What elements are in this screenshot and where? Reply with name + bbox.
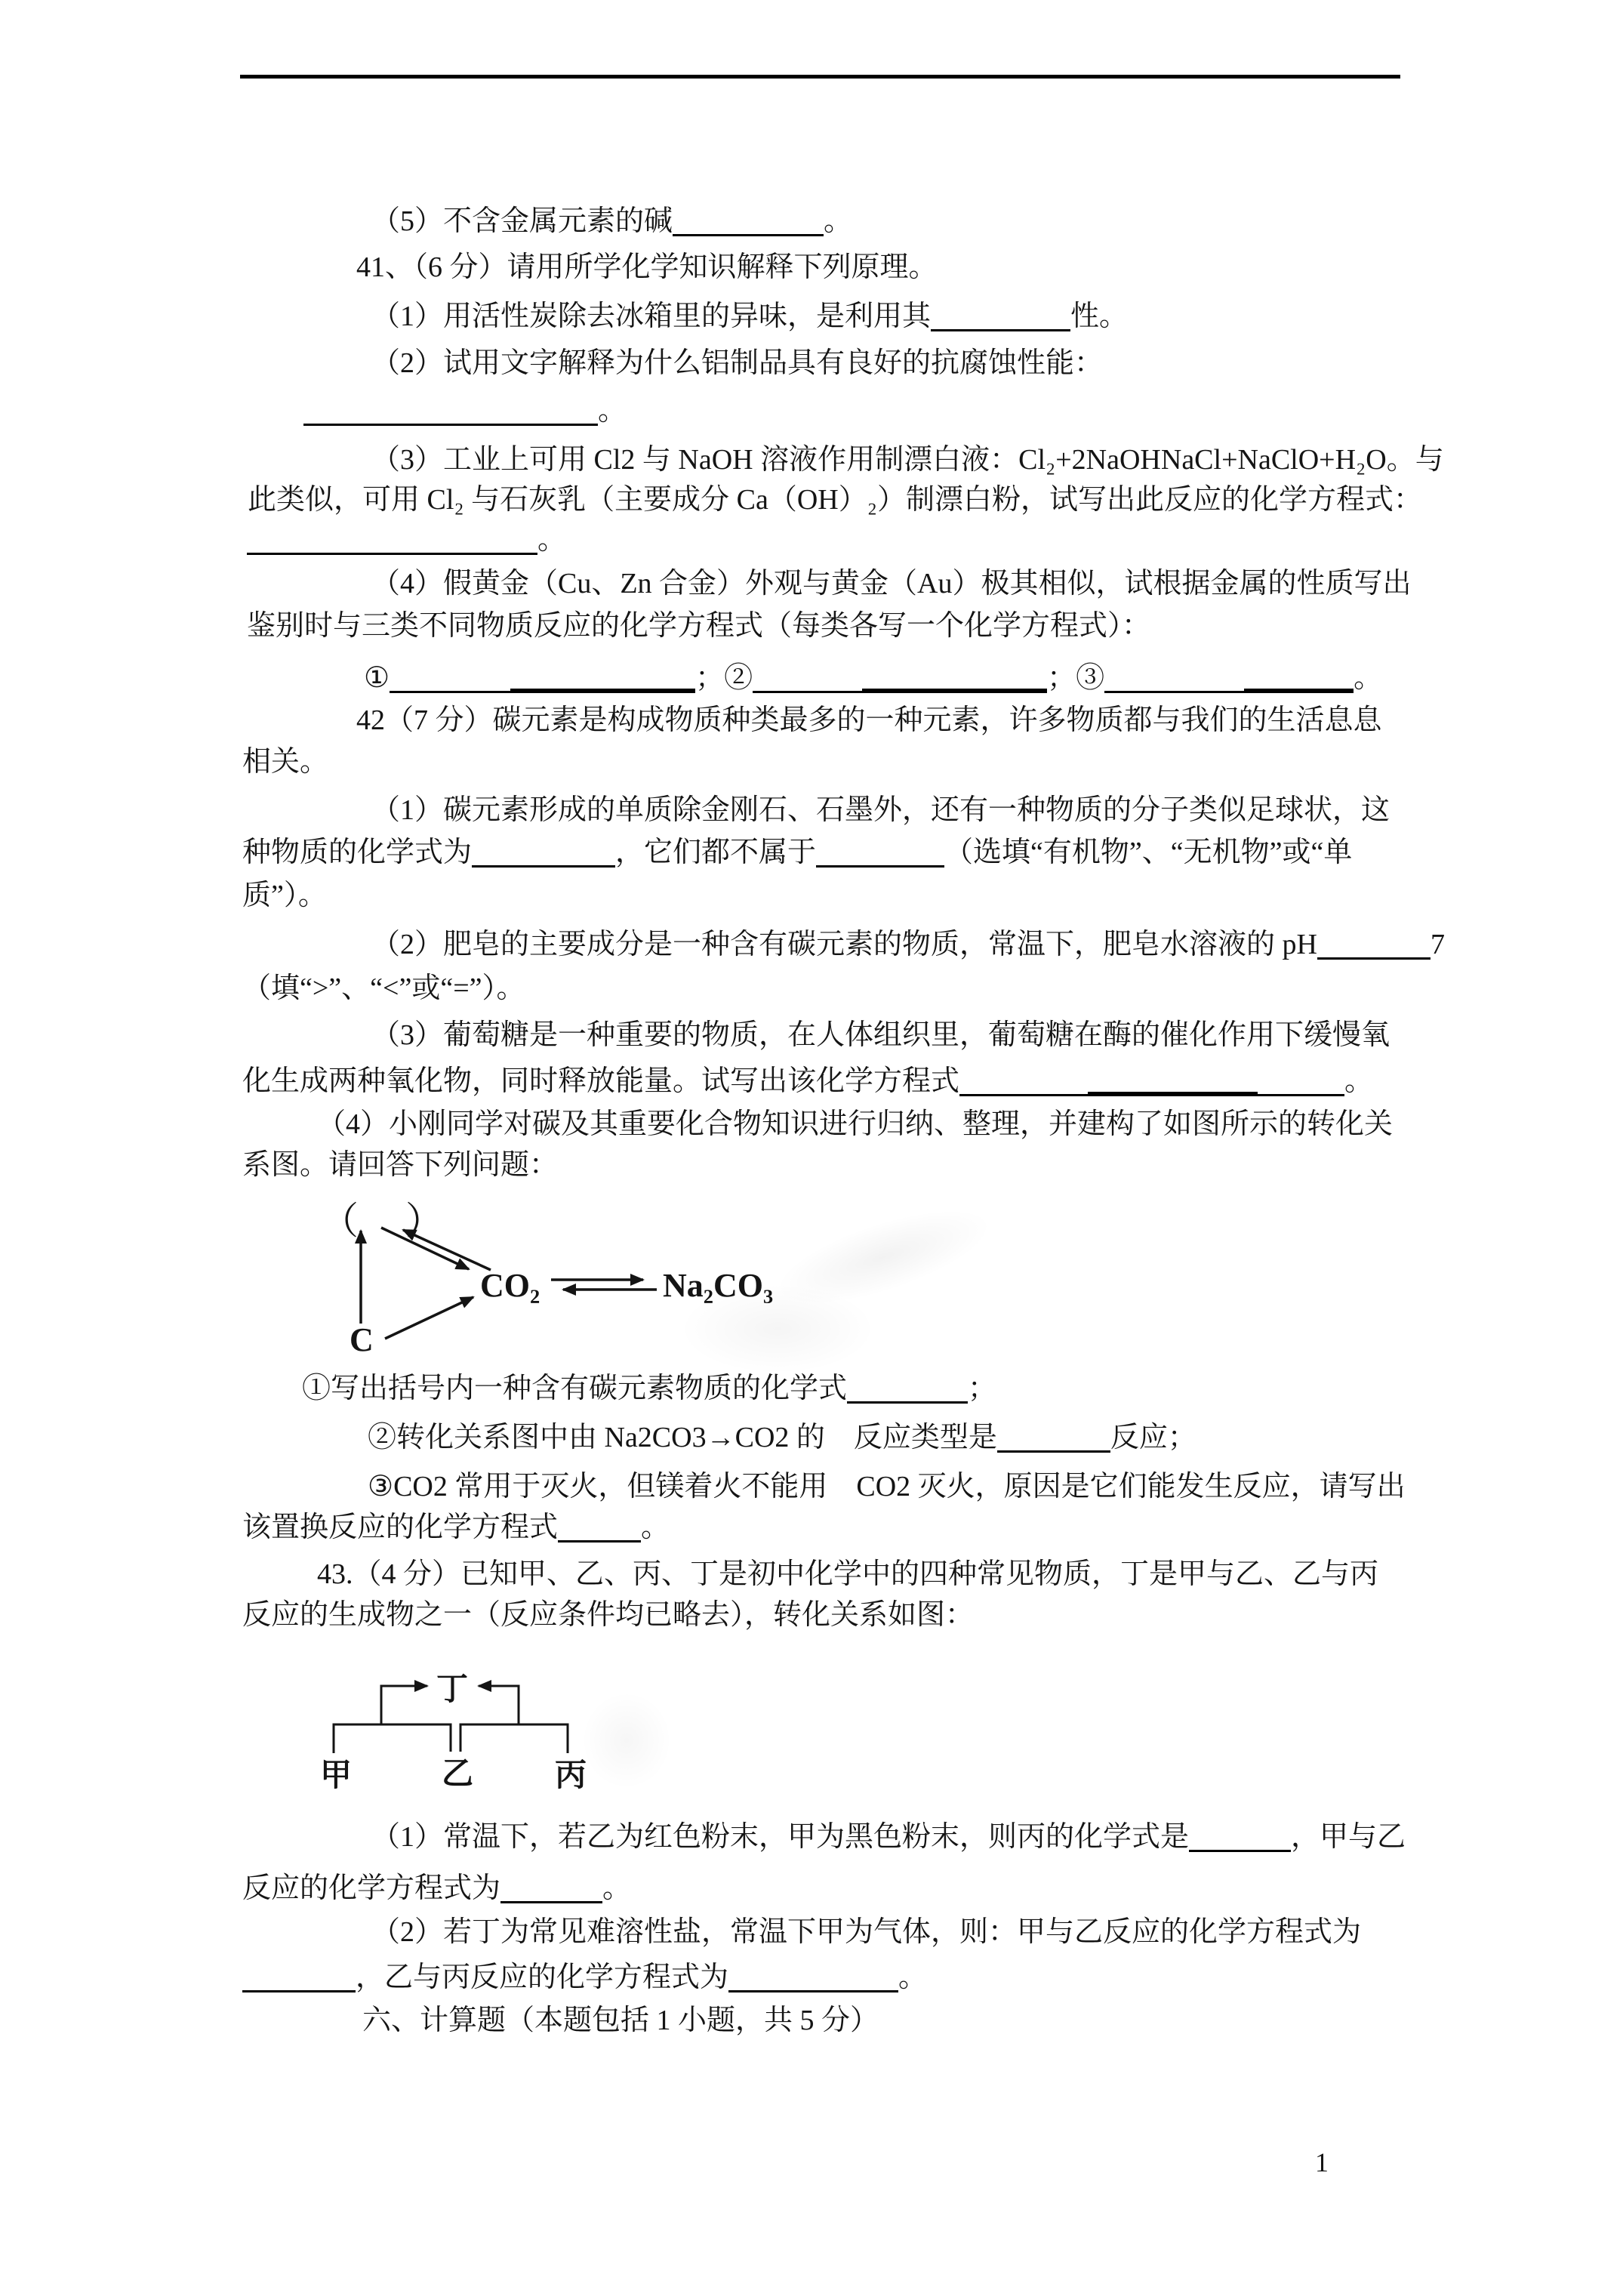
text-run: ①写出括号内一种含有碳元素物质的化学式 [302,1373,847,1404]
text-run: （2）若丁为常见难溶性盐，常温下甲为气体，则：甲与乙反应的化学方程式为 [371,1916,1361,1948]
text-line-q42-item4-sub3-a: ③CO2 常用于灭火，但镁着火不能用 CO2 灭火，原因是它们能发生反应，请写出 [368,1471,1406,1502]
arrow-left-to-ding [381,1686,427,1724]
text-run: ，乙与丙反应的化学方程式为 [356,1962,728,1993]
blank-field [1189,1821,1291,1852]
text-run: 此类似，可用 Cl₂ 与石灰乳（主要成分 Ca（OH）₂）制漂白粉，试写出此反应… [248,484,1422,516]
text-run: 。 [602,1872,631,1904]
text-run: 。 [824,205,852,237]
text-line-q43-stem-a: 43.（4 分）已知甲、乙、丙、丁是初中化学中的四种常见物质，丁是甲与乙、乙与丙 [317,1558,1378,1590]
text-line-q42-item3-b: 化生成两种氧化物，同时释放能量。试写出该化学方程式。 [242,1063,1373,1097]
text-run: ； [968,1373,996,1404]
text-line-q42-item3-a: （3）葡萄糖是一种重要的物质，在人体组织里，葡萄糖在酶的催化作用下缓慢氧 [371,1019,1390,1051]
carbon-node-label: C [350,1321,374,1359]
text-run: （4）假黄金（Cu、Zn 合金）外观与黄金（Au）极其相似，试根据金属的性质写出 [371,568,1412,599]
text-run: 。 [641,1512,670,1543]
text-run: （选填“有机物”、“无机物”或“单 [944,837,1352,868]
blank-field [931,300,1070,331]
text-run: 41、（6 分）请用所学化学知识解释下列原理。 [356,251,938,283]
blank-field [862,660,1047,693]
text-line-section6-header: 六、计算题（本题包括 1 小题，共 5 分） [362,2005,879,2036]
text-run: （1）碳元素形成的单质除金刚石、石墨外，还有一种物质的分子类似足球状，这 [371,794,1390,826]
yi-node-label: 乙 [442,1749,473,1794]
text-line-q41-item3-b: 此类似，可用 Cl₂ 与石灰乳（主要成分 Ca（OH）₂）制漂白粉，试写出此反应… [248,484,1422,516]
text-line-q41-stem: 41、（6 分）请用所学化学知识解释下列原理。 [356,251,938,283]
co2-node-label: CO₂ [480,1266,540,1305]
text-run: 该置换反应的化学方程式 [242,1512,558,1543]
ding-node-label: 丁 [436,1664,468,1709]
text-run: ；③ [1047,662,1104,694]
text-run: 性。 [1070,300,1128,332]
text-line-q43-stem-b: 反应的生成物之一（反应条件均已略去），转化关系如图： [242,1599,974,1631]
document-page: （5）不含金属元素的碱。41、（6 分）请用所学化学知识解释下列原理。（1）用活… [0,0,1623,2296]
page-number: 1 [1315,2147,1329,2178]
blank-field [1317,929,1431,960]
blank-field [558,1512,641,1542]
text-run: 系图。请回答下列问题： [242,1149,558,1181]
text-run: ；② [695,662,753,694]
text-line-q41-item1: （1）用活性炭除去冰箱里的异味，是利用其性。 [371,300,1128,332]
text-run: 。 [598,395,627,427]
text-line-q42-stem-a: 42（7 分）碳元素是构成物质种类最多的一种元素，许多物质都与我们的生活息息 [356,704,1382,736]
text-line-q41-item4-a: （4）假黄金（Cu、Zn 合金）外观与黄金（Au）极其相似，试根据金属的性质写出 [371,568,1412,599]
text-run: 42（7 分）碳元素是构成物质种类最多的一种元素，许多物质都与我们的生活息息 [356,704,1382,736]
text-run: （3）工业上可用 Cl2 与 NaOH 溶液作用制漂白液：Cl₂+2NaOHNa… [371,444,1444,476]
blank-field [1244,660,1354,693]
text-run: 7 [1431,929,1445,960]
carbon-conversion-diagram: （ ） C CO₂ Na₂CO₃ [302,1189,845,1370]
text-line-q40-item5: （5）不含金属元素的碱。 [371,205,852,237]
text-run: ，甲与乙 [1291,1821,1406,1853]
text-run: 六、计算题（本题包括 1 小题，共 5 分） [362,2005,879,2036]
paren-open-label: （ [321,1191,359,1245]
text-run: 化生成两种氧化物，同时释放能量。试写出该化学方程式 [242,1065,959,1097]
text-run: ，它们都不属于 [615,837,816,868]
text-line-q43-item2-a: （2）若丁为常见难溶性盐，常温下甲为气体，则：甲与乙反应的化学方程式为 [371,1916,1361,1948]
text-line-q42-item4-sub3-b: 该置换反应的化学方程式。 [242,1512,670,1543]
text-run: 种物质的化学式为 [242,837,472,868]
blank-field [816,837,944,868]
text-line-q41-item2-blank: 。 [303,395,627,427]
arrow-right-to-ding [479,1686,519,1724]
header-rule [240,75,1400,79]
text-line-q41-item3-blank: 。 [247,524,566,556]
blank-field [1258,1065,1344,1096]
blank-field [472,837,615,868]
text-run: 反应的生成物之一（反应条件均已略去），转化关系如图： [242,1599,974,1631]
text-run: （2）试用文字解释为什么铝制品具有良好的抗腐蚀性能： [371,347,1103,379]
text-run: 。 [1354,662,1382,694]
blank-field [247,524,537,555]
text-line-q43-item2-b: ，乙与丙反应的化学方程式为。 [242,1962,927,1993]
text-line-q43-item1-b: 反应的化学方程式为。 [242,1872,631,1904]
text-run: 质”）。 [242,880,327,911]
text-line-q41-item2: （2）试用文字解释为什么铝制品具有良好的抗腐蚀性能： [371,347,1103,379]
text-line-q41-item4-b: 鉴别时与三类不同物质反应的化学方程式（每类各写一个化学方程式）： [247,610,1150,642]
text-line-q42-item4-sub1: ①写出括号内一种含有碳元素物质的化学式； [302,1373,996,1404]
text-run: 鉴别时与三类不同物质反应的化学方程式（每类各写一个化学方程式）： [247,610,1150,642]
text-line-q41-item4-answers: ①；②；③。 [364,660,1382,694]
text-line-q42-item2-b: （填“>”、“<”或“=”）。 [242,972,525,1004]
na2co3-node-label: Na₂CO₃ [663,1266,773,1305]
blank-field [753,662,862,693]
blank-field [847,1373,968,1404]
text-run: （1）常温下，若乙为红色粉末，甲为黑色粉末，则丙的化学式是 [371,1821,1189,1853]
text-run: （5）不含金属元素的碱 [371,205,673,237]
text-line-q43-item1-a: （1）常温下，若乙为红色粉末，甲为黑色粉末，则丙的化学式是，甲与乙 [371,1821,1406,1853]
arrow-c-to-co2 [385,1297,473,1339]
text-run: （填“>”、“<”或“=”）。 [242,972,525,1004]
blank-field [959,1065,1088,1096]
text-line-q42-item4-b: 系图。请回答下列问题： [242,1149,558,1181]
bing-node-label: 丙 [555,1750,587,1795]
text-line-q42-item4-sub2: ②转化关系图中由 Na2CO3→CO2 的 反应类型是反应； [368,1422,1196,1453]
text-run: （4）小刚同学对碳及其重要化合物知识进行归纳、整理，并建构了如图所示的转化关 [317,1108,1393,1140]
text-run: 相关。 [242,746,328,778]
blank-field [500,1872,602,1903]
blank-field [728,1962,898,1992]
text-line-q42-stem-b: 相关。 [242,746,328,778]
jia-node-label: 甲 [320,1750,352,1795]
bracket-yi-bing [460,1724,568,1753]
substance-relation-diagram: 丁 甲 乙 丙 [317,1661,604,1793]
blank-field [1104,662,1244,693]
text-line-q42-item1-a: （1）碳元素形成的单质除金刚石、石墨外，还有一种物质的分子类似足球状，这 [371,794,1390,826]
text-run: ① [364,662,390,694]
blank-field [673,205,824,236]
paren-close-label: ） [405,1191,443,1245]
bracket-jia-yi [334,1724,451,1753]
blank-field [242,1962,356,1992]
text-line-q42-item4-a: （4）小刚同学对碳及其重要化合物知识进行归纳、整理，并建构了如图所示的转化关 [317,1108,1393,1140]
blank-field [1088,1063,1258,1096]
text-run: 。 [537,524,566,556]
blank-field [390,662,510,693]
text-line-q42-item1-c: 质”）。 [242,880,327,911]
text-line-q41-item3-a: （3）工业上可用 Cl2 与 NaOH 溶液作用制漂白液：Cl₂+2NaOHNa… [371,444,1444,476]
blank-field [510,660,695,693]
text-run: 43.（4 分）已知甲、乙、丙、丁是初中化学中的四种常见物质，丁是甲与乙、乙与丙 [317,1558,1378,1590]
text-run: 。 [1344,1065,1373,1097]
text-run: 。 [898,1962,927,1993]
text-run: 反应的化学方程式为 [242,1872,500,1904]
text-run: ②转化关系图中由 Na2CO3→CO2 的 反应类型是 [368,1422,997,1453]
text-run: （1）用活性炭除去冰箱里的异味，是利用其 [371,300,931,332]
text-run: （2）肥皂的主要成分是一种含有碳元素的物质，常温下，肥皂水溶液的 pH [371,929,1317,960]
text-run: （3）葡萄糖是一种重要的物质，在人体组织里，葡萄糖在酶的催化作用下缓慢氧 [371,1019,1390,1051]
text-run: 反应； [1110,1422,1196,1453]
text-line-q42-item2-a: （2）肥皂的主要成分是一种含有碳元素的物质，常温下，肥皂水溶液的 pH7 [371,929,1445,960]
blank-field [303,395,598,426]
text-run: ③CO2 常用于灭火，但镁着火不能用 CO2 灭火，原因是它们能发生反应，请写出 [368,1471,1406,1502]
blank-field [997,1422,1110,1453]
text-line-q42-item1-b: 种物质的化学式为，它们都不属于（选填“有机物”、“无机物”或“单 [242,837,1352,868]
